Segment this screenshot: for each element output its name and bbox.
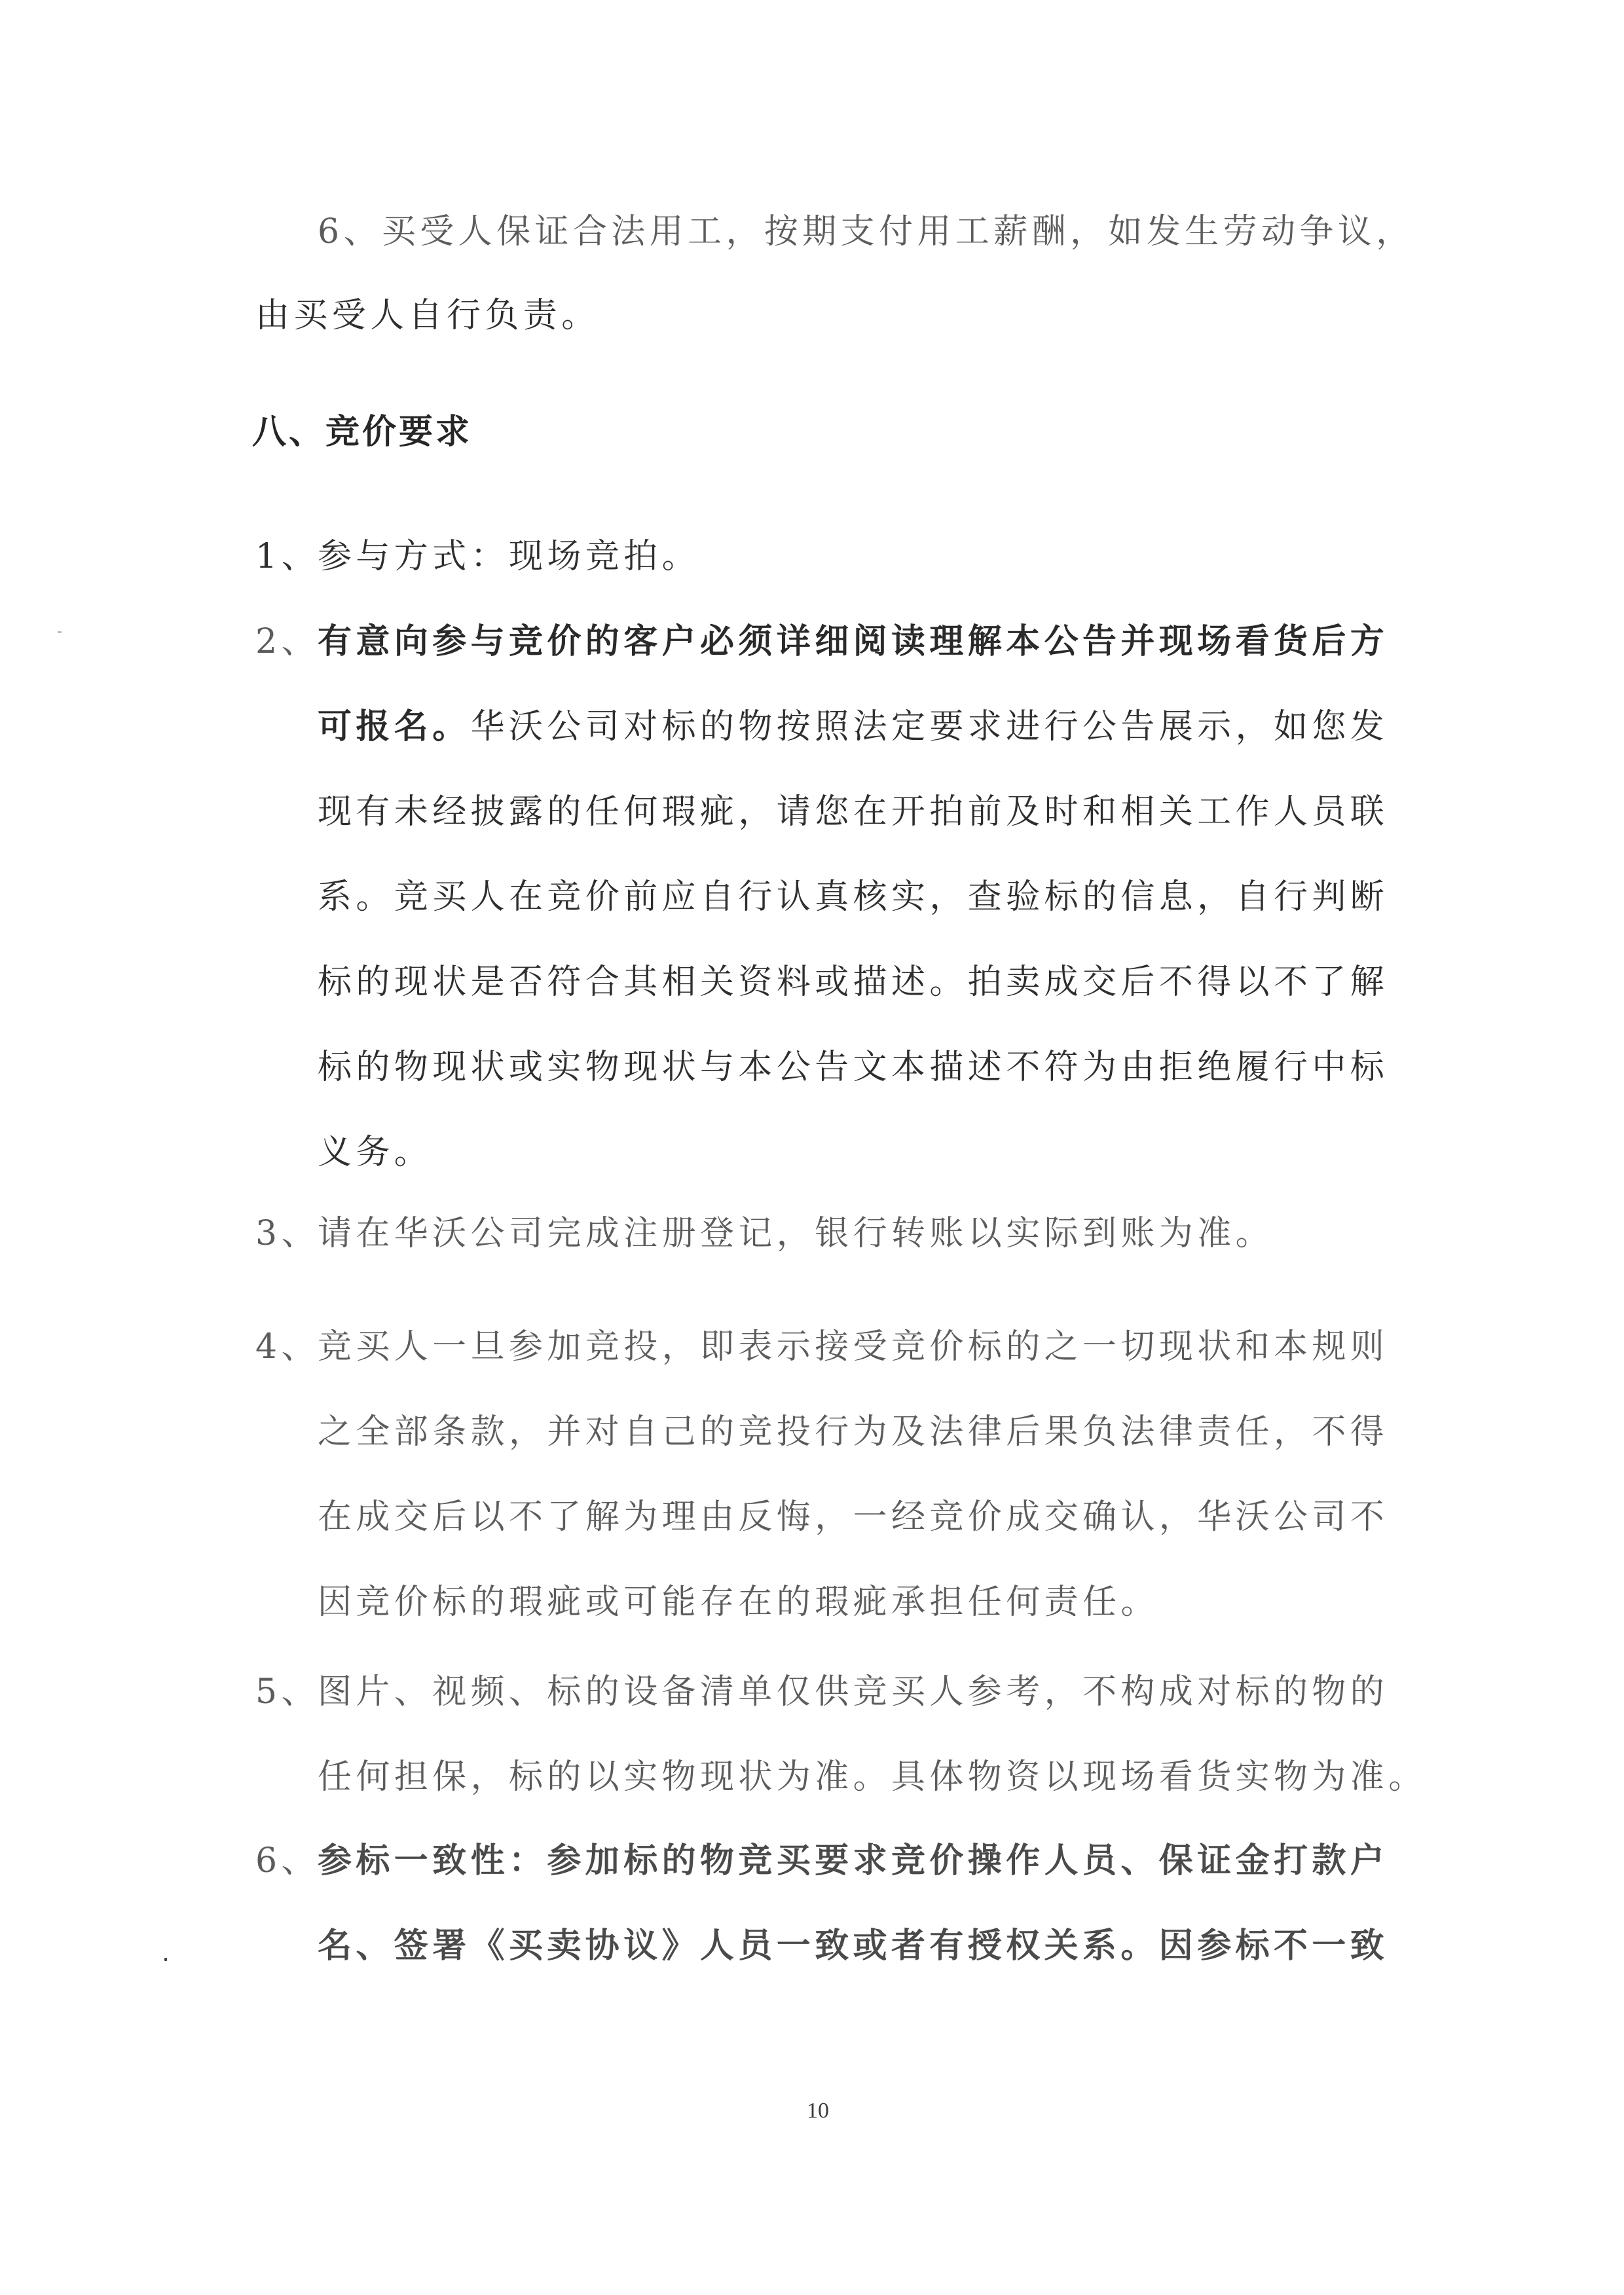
item-text: 义务。	[318, 1131, 432, 1173]
scan-speck	[58, 631, 62, 633]
item-text: 之全部条款，并对自己的竞投行为及法律后果负法律责任，不得	[318, 1411, 1388, 1453]
continuation-line-1: 6、买受人保证合法用工，按期支付用工薪酬，如发生劳动争议，	[318, 211, 1414, 253]
item-text: 参标一致性：参加标的物竞买要求竞价操作人员、保证金打款户	[318, 1840, 1388, 1882]
list-item-6: 6、 参标一致性：参加标的物竞买要求竞价操作人员、保证金打款户 名、签署《买卖协…	[255, 1840, 1388, 2010]
item-text: 名、签署《买卖协议》人员一致或者有授权关系。因参标不一致	[318, 1925, 1388, 1967]
list-item-1: 1、 参与方式：现场竞拍。	[255, 536, 1388, 622]
item-text: 系。竞买人在竞价前应自行认真核实，查验标的信息，自行判断	[318, 876, 1388, 918]
page-number: 10	[807, 2099, 829, 2123]
item-number: 3、	[255, 1213, 320, 1255]
item-text: 标的现状是否符合其相关资料或描述。拍卖成交后不得以不了解	[318, 961, 1388, 1003]
item-number: 6、	[255, 1840, 320, 1882]
list-item-4: 4、 竞买人一旦参加竞投，即表示接受竞价标的之一切现状和本规则 之全部条款，并对…	[255, 1326, 1388, 1666]
item-text: 请在华沃公司完成注册登记，银行转账以实际到账为准。	[318, 1213, 1274, 1255]
item-text: 现有未经披露的任何瑕疵，请您在开拍前及时和相关工作人员联	[318, 791, 1388, 833]
section-heading: 八、竞价要求	[252, 411, 472, 453]
item-text: 在成交后以不了解为理由反悔，一经竞价成交确认，华沃公司不	[318, 1496, 1388, 1538]
item-text: 可报名。华沃公司对标的物按照法定要求进行公告展示，如您发	[318, 706, 1388, 748]
item-text: 图片、视频、标的设备清单仅供竞买人参考，不构成对标的物的	[318, 1671, 1388, 1713]
item-number: 5、	[255, 1671, 320, 1713]
item-number: 1、	[255, 536, 320, 578]
list-item-3: 3、 请在华沃公司完成注册登记，银行转账以实际到账为准。	[255, 1213, 1388, 1299]
item-number: 4、	[255, 1326, 320, 1368]
item-text: 标的物现状或实物现状与本公告文本描述不符为由拒绝履行中标	[318, 1046, 1388, 1088]
item-text: 竞买人一旦参加竞投，即表示接受竞价标的之一切现状和本规则	[318, 1326, 1388, 1368]
document-page: 6、买受人保证合法用工，按期支付用工薪酬，如发生劳动争议， 由买受人自行负责。 …	[0, 0, 1624, 2295]
list-item-5: 5、 图片、视频、标的设备清单仅供竞买人参考，不构成对标的物的 任何担保，标的以…	[255, 1671, 1388, 1841]
list-item-2: 2、 有意向参与竞价的客户必须详细阅读理解本公告并现场看货后方 可报名。华沃公司…	[255, 621, 1388, 1217]
item-number: 2、	[255, 621, 320, 663]
item-text: 因竞价标的瑕疵或可能存在的瑕疵承担任何责任。	[318, 1581, 1159, 1623]
item-text: 有意向参与竞价的客户必须详细阅读理解本公告并现场看货后方	[318, 621, 1388, 663]
item-text: 任何担保，标的以实物现状为准。具体物资以现场看货实物为准。	[318, 1756, 1427, 1798]
continuation-line-2: 由买受人自行负责。	[255, 295, 600, 337]
scan-speck	[164, 1958, 167, 1961]
item-text: 参与方式：现场竞拍。	[318, 536, 700, 578]
